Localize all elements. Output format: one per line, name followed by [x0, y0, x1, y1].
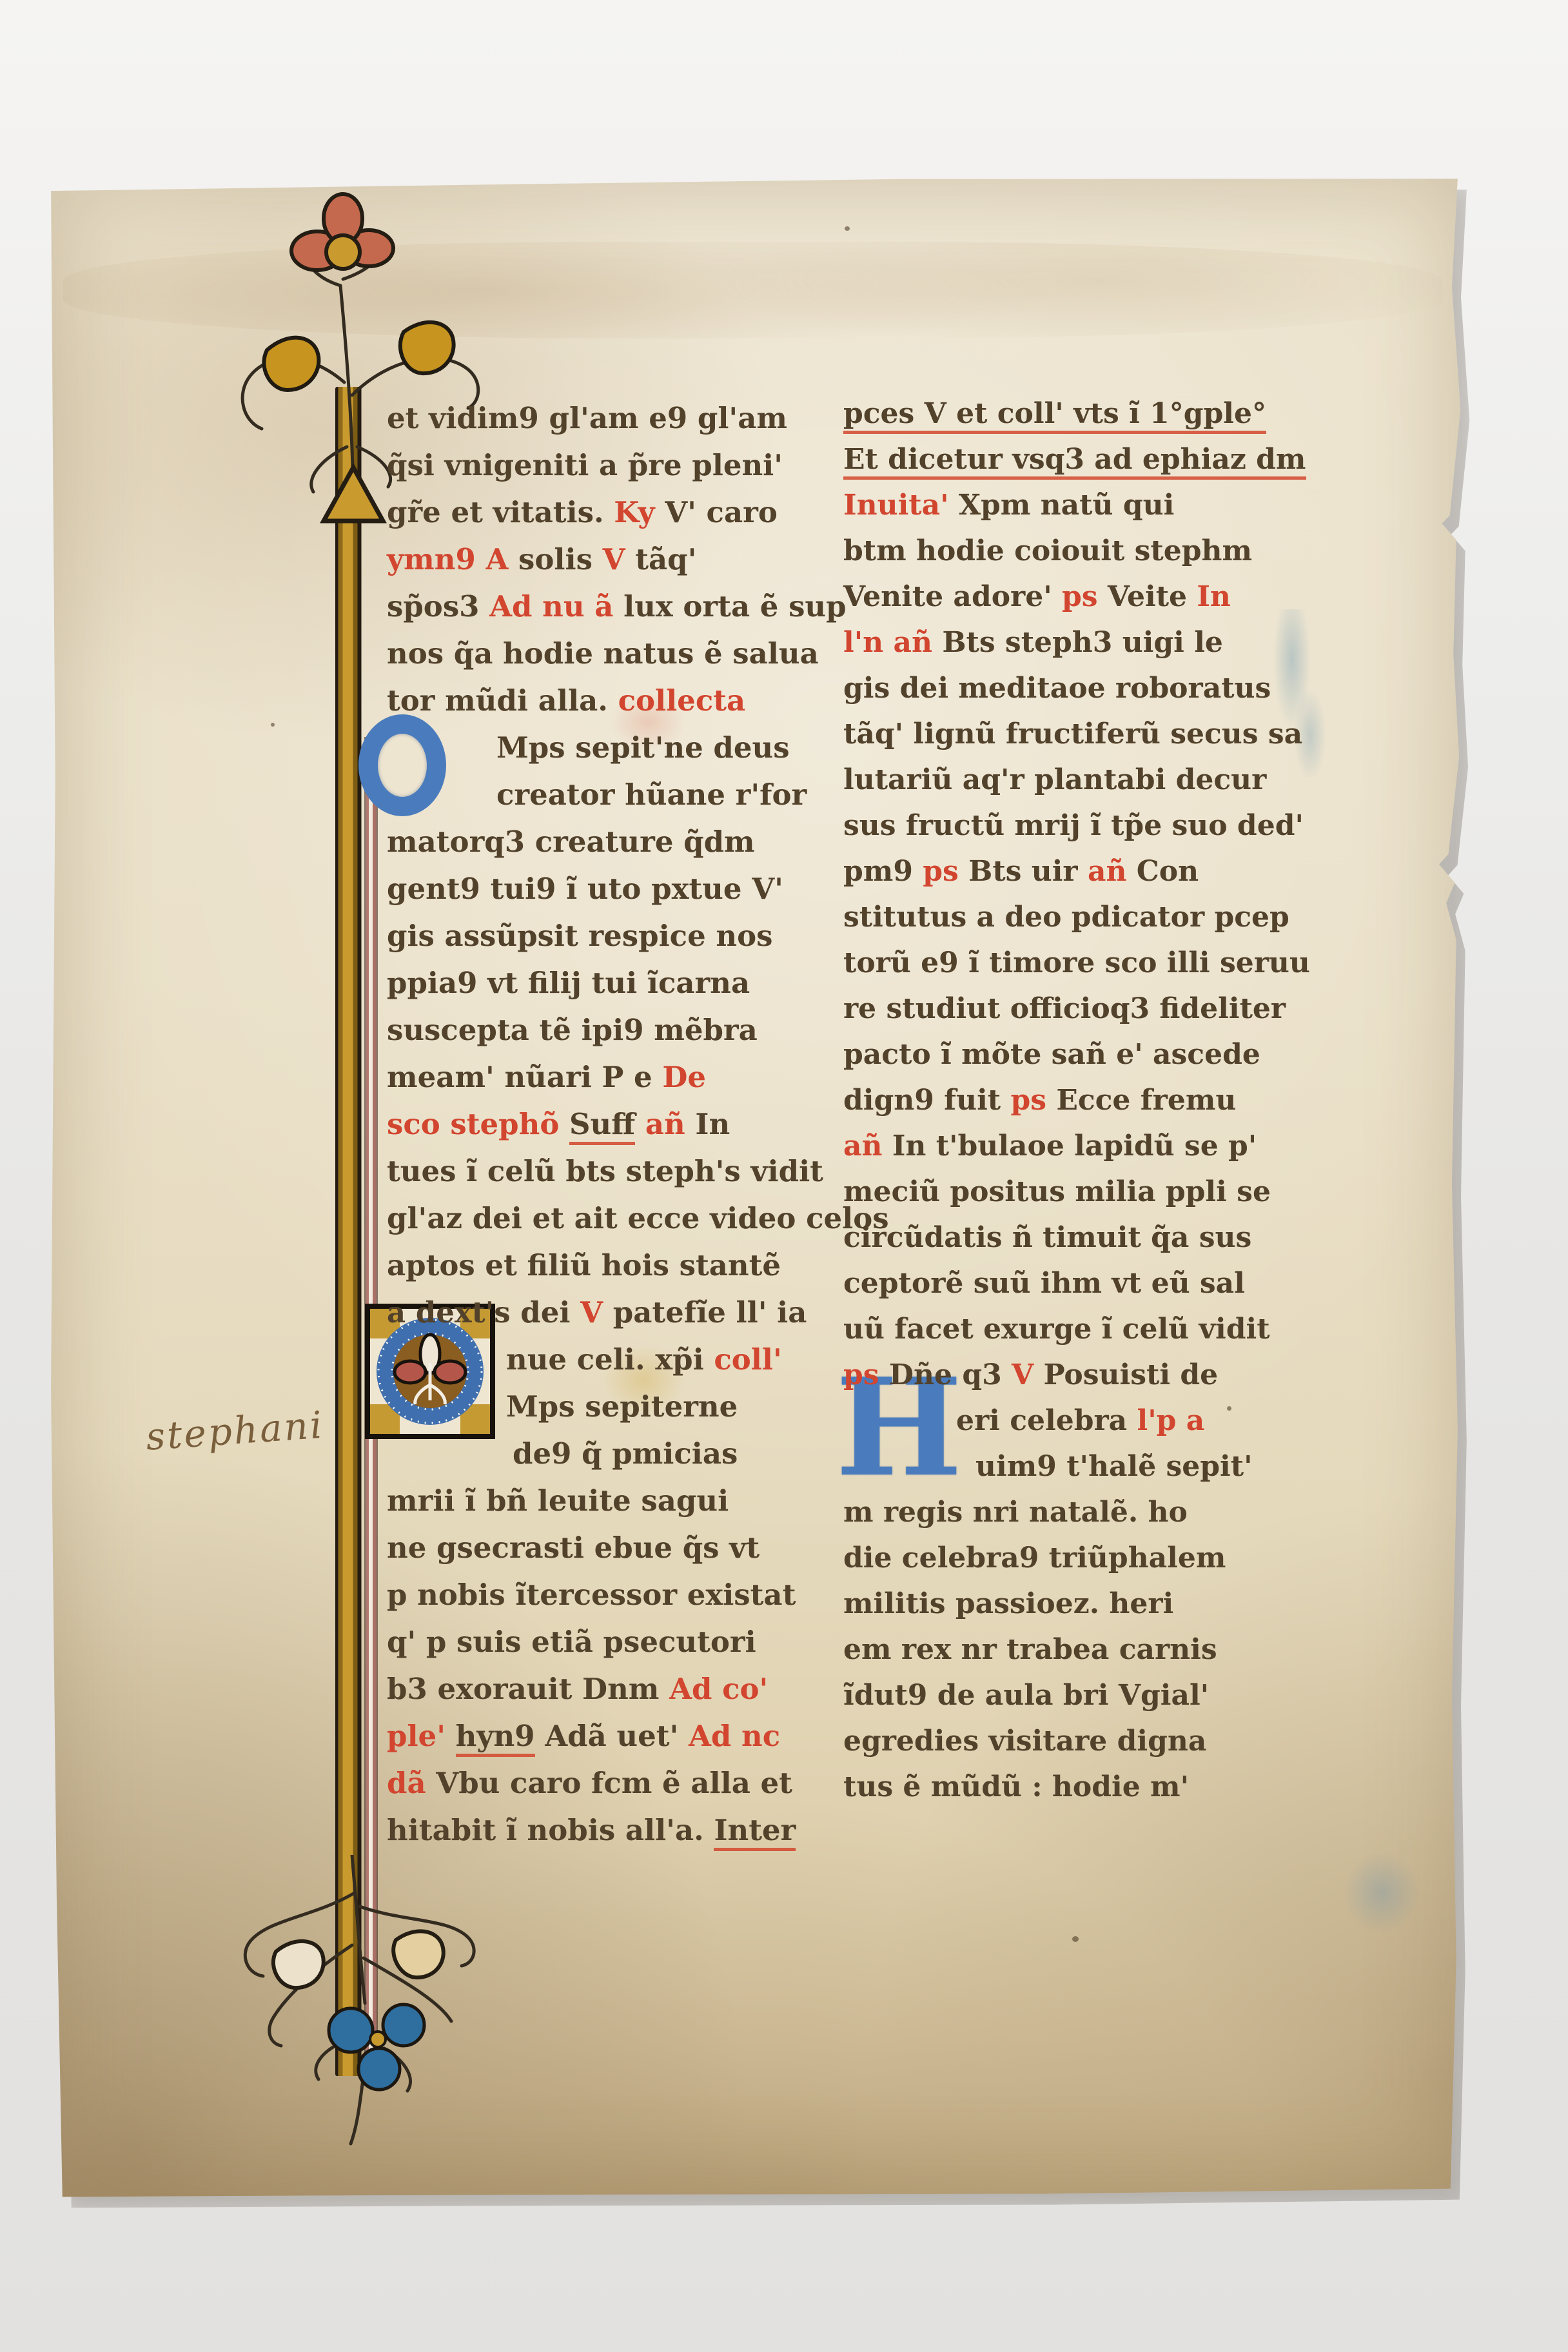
text-segment: añ — [1088, 855, 1137, 888]
text-segment: pces V et coll' vts ĩ 1°gple° — [843, 397, 1266, 434]
text-segment: p nobis ĩtercessor existat — [387, 1578, 796, 1612]
gold-leaf — [264, 338, 318, 390]
text-line: dã Vbu caro fcm ẽ alla et — [387, 1759, 838, 1807]
text-line: b3 exorauit Dnm Ad co' — [387, 1665, 838, 1712]
text-line: p nobis ĩtercessor existat — [387, 1571, 838, 1618]
text-segment: gr̃e et vitatis. — [387, 495, 614, 529]
text-segment: solis — [518, 542, 603, 576]
text-segment: eri celebra — [956, 1404, 1137, 1437]
gold-leaf — [400, 322, 454, 373]
speck — [271, 723, 275, 727]
text-segment: ppia9 vt filij tui ĩcarna — [387, 966, 750, 1000]
text-line: uũ facet exurge ĩ celũ vidit — [843, 1306, 1378, 1352]
text-line: militis passioez. heri — [843, 1581, 1378, 1627]
text-segment: sco stephõ — [387, 1107, 569, 1141]
text-segment: Ad nc — [689, 1719, 780, 1753]
text-line: nos q̃a hodie natus ẽ salua — [387, 630, 838, 677]
text-segment: In — [1197, 580, 1231, 613]
text-segment: Ky — [614, 495, 665, 529]
speck — [845, 226, 850, 231]
text-line: gl'az dei et ait ecce video celos — [387, 1195, 838, 1242]
text-segment: Adã uet' — [535, 1719, 689, 1753]
text-line: gent9 tui9 ĩ uto pxtue V' — [387, 865, 838, 912]
text-segment: meciũ positus milia ppli se — [843, 1175, 1271, 1208]
text-line: em rex nr trabea carnis — [843, 1627, 1378, 1672]
text-line: ps Dñe q3 V Posuisti de — [843, 1352, 1378, 1398]
blue-berry — [383, 2004, 424, 2046]
text-segment: nos q̃a hodie natus ẽ salua — [387, 636, 819, 671]
gold-bar-border — [335, 387, 364, 2076]
text-line: añ In t'bulaoe lapidũ se p' — [843, 1123, 1378, 1169]
text-segment: Suff — [569, 1107, 635, 1145]
text-segment: uim9 t'halẽ sepit' — [975, 1450, 1253, 1483]
text-line: ppia9 vt filij tui ĩcarna — [387, 959, 838, 1006]
text-segment: aptos et filiũ hois stantẽ — [387, 1248, 781, 1282]
text-line: Venite adore' ps Veite In — [843, 574, 1378, 620]
text-segment: tãq' lignũ fructiferũ secus sa — [843, 718, 1302, 750]
text-segment: tor mũdi alla. — [387, 683, 618, 718]
text-segment: In t'bulaoe lapidũ se p' — [892, 1130, 1257, 1162]
text-segment: Inter — [714, 1813, 796, 1851]
text-segment: gent9 tui9 ĩ uto pxtue V' — [387, 872, 783, 906]
speck — [1072, 1936, 1079, 1942]
text-segment: lux orta ẽ sup — [623, 589, 846, 623]
text-line: egredies visitare digna — [843, 1718, 1378, 1764]
text-line: pm9 ps Bts uir añ Con — [843, 848, 1378, 894]
text-segment: ps — [843, 1358, 889, 1391]
text-line: pacto ĩ mõte sañ e' ascede — [843, 1032, 1378, 1077]
text-segment: de9 q̃ pmicias — [513, 1436, 738, 1471]
text-segment: collecta — [618, 683, 746, 718]
text-line: ceptorẽ suũ ihm vt eũ sal — [843, 1260, 1378, 1306]
text-segment: Bts steph3 uigi le — [942, 626, 1223, 659]
text-line: tãq' lignũ fructiferũ secus sa — [843, 711, 1378, 757]
text-segment: Mps sepit'ne deus — [496, 730, 790, 765]
text-line: tor mũdi alla. collecta — [387, 677, 838, 724]
text-line: meciũ positus milia ppli se — [843, 1169, 1378, 1215]
pale-leaf — [393, 1931, 444, 1977]
text-segment: Ad co' — [669, 1672, 768, 1706]
text-segment: ps — [1062, 580, 1108, 613]
text-line: nue celi. xp̃i coll' — [387, 1336, 838, 1383]
pale-leaf — [273, 1941, 324, 1988]
text-segment: De — [662, 1060, 706, 1094]
text-segment: Et dicetur vsq3 ad ephiaz dm — [843, 443, 1306, 480]
text-line: eri celebra l'p a — [843, 1398, 1378, 1444]
text-segment: Dñe q3 — [889, 1358, 1012, 1391]
text-segment: Venite adore' — [843, 580, 1062, 613]
text-segment: Posuisti de — [1044, 1358, 1219, 1391]
text-segment: sus fructũ mrij ĩ tp̃e suo ded' — [843, 809, 1304, 842]
text-line: uim9 t'halẽ sepit' — [843, 1444, 1378, 1489]
bar-finial — [324, 467, 383, 521]
text-segment: uũ facet exurge ĩ celũ vidit — [843, 1313, 1270, 1346]
text-segment: ymn9 A — [387, 542, 518, 576]
text-segment: añ — [843, 1130, 892, 1162]
text-line: mrii ĩ bñ leuite sagui — [387, 1477, 838, 1524]
text-segment: re studiut officioq3 fideliter — [843, 992, 1286, 1025]
text-line: m regis nri natalẽ. ho — [843, 1489, 1378, 1535]
text-line: meam' nũari P e De — [387, 1053, 838, 1101]
text-segment: ps — [1010, 1084, 1056, 1117]
text-segment: gl'az dei et ait ecce video celos — [387, 1201, 889, 1235]
text-segment: b3 exorauit Dnm — [387, 1672, 669, 1706]
text-segment: militis passioez. heri — [843, 1587, 1173, 1620]
text-segment: l'n añ — [843, 626, 942, 659]
text-segment: hitabit ĩ nobis all'a. — [387, 1813, 714, 1847]
text-line: tues ĩ celũ bts steph's vidit — [387, 1148, 838, 1195]
text-segment: lutariũ aq'r plantabi decur — [843, 763, 1266, 796]
text-segment: V — [1012, 1358, 1043, 1391]
text-line: Et dicetur vsq3 ad ephiaz dm — [843, 436, 1378, 482]
text-line: gis assũpsit respice nos — [387, 912, 838, 959]
text-line: Mps sepit'ne deus — [387, 724, 838, 771]
manuscript-leaf: H et vidim9 gl'am e9 gl'amq̃si vnigeniti… — [44, 164, 1472, 2205]
text-segment: patefĩe ll' ia — [613, 1295, 807, 1329]
text-segment: ps — [923, 855, 968, 888]
blue-berry — [329, 2008, 373, 2052]
text-line: dign9 fuit ps Ecce fremu — [843, 1077, 1378, 1123]
text-segment: btm hodie coiouit stephm — [843, 534, 1252, 567]
text-line: gr̃e et vitatis. Ky V' caro — [387, 489, 838, 536]
text-segment: Ecce fremu — [1056, 1084, 1236, 1117]
text-line: hitabit ĩ nobis all'a. Inter — [387, 1807, 838, 1854]
text-line: sco stephõ Suff añ In — [387, 1101, 838, 1148]
text-segment: stitutus a deo pdicator pcep — [843, 901, 1289, 934]
text-segment: Inuita' — [843, 489, 959, 522]
text-segment: Con — [1137, 855, 1199, 888]
text-line: l'n añ Bts steph3 uigi le — [843, 620, 1378, 665]
photo-background: { "margin_note": { "text": "stephani" },… — [0, 0, 1568, 2352]
text-segment: tãq' — [635, 542, 696, 576]
text-line: circũdatis ñ timuit q̃a sus — [843, 1215, 1378, 1260]
text-segment: In — [695, 1107, 730, 1141]
text-line: sus fructũ mrij ĩ tp̃e suo ded' — [843, 803, 1378, 848]
text-line: ymn9 A solis V tãq' — [387, 536, 838, 583]
text-segment: gis dei meditaoe roboratus — [843, 672, 1271, 705]
text-line: lutariũ aq'r plantabi decur — [843, 757, 1378, 803]
text-line: stitutus a deo pdicator pcep — [843, 894, 1378, 940]
text-segment: matorq3 creature q̃dm — [387, 825, 755, 859]
text-segment: Vbu caro fcm ẽ alla et — [436, 1766, 792, 1800]
text-segment: sp̃os3 — [387, 589, 489, 623]
text-segment: egredies visitare digna — [843, 1725, 1206, 1758]
text-segment: ĩdut9 de aula bri Vgial' — [843, 1679, 1209, 1712]
left-text-column: et vidim9 gl'am e9 gl'amq̃si vnigeniti a… — [387, 395, 838, 1854]
text-line: re studiut officioq3 fideliter — [843, 986, 1378, 1032]
blue-berry — [358, 2048, 400, 2090]
text-segment: mrii ĩ bñ leuite sagui — [387, 1484, 729, 1518]
text-segment: em rex nr trabea carnis — [843, 1633, 1217, 1666]
text-segment: suscepta tẽ ipi9 mẽbra — [387, 1013, 758, 1047]
text-segment: V — [580, 1295, 613, 1329]
text-segment: Ad nu ã — [489, 589, 623, 623]
text-segment: ceptorẽ suũ ihm vt eũ sal — [843, 1267, 1245, 1300]
text-line: et vidim9 gl'am e9 gl'am — [387, 395, 838, 442]
text-line: aptos et filiũ hois stantẽ — [387, 1242, 838, 1289]
text-line: ne gsecrasti ebue q̃s vt — [387, 1524, 838, 1571]
text-segment: q' p suis etiã psecutori — [387, 1625, 756, 1659]
text-segment: Veite — [1108, 580, 1197, 613]
text-segment: ne gsecrasti ebue q̃s vt — [387, 1531, 759, 1565]
text-segment: V — [603, 542, 636, 576]
text-line: q' p suis etiã psecutori — [387, 1618, 838, 1665]
text-line: de9 q̃ pmicias — [387, 1430, 838, 1477]
text-line: pces V et coll' vts ĩ 1°gple° — [843, 391, 1378, 436]
text-line: q̃si vnigeniti a p̃re pleni' — [387, 442, 838, 489]
text-segment: ple' — [387, 1719, 456, 1753]
text-segment: Xpm natũ qui — [959, 489, 1174, 522]
text-line: Inuita' Xpm natũ qui — [843, 482, 1378, 528]
text-segment: tus ẽ mũdũ : hodie m' — [843, 1770, 1189, 1803]
text-line: Mps sepiterne — [387, 1383, 838, 1430]
text-segment: hyn9 — [456, 1719, 535, 1757]
text-line: ple' hyn9 Adã uet' Ad nc — [387, 1712, 838, 1759]
text-segment: Bts uir — [968, 855, 1088, 888]
text-segment: dã — [387, 1766, 436, 1800]
bottom-flourish-icon — [191, 1855, 529, 2193]
right-text-column: pces V et coll' vts ĩ 1°gple°Et dicetur … — [843, 391, 1378, 1810]
text-segment: Mps sepiterne — [506, 1389, 738, 1424]
text-segment: meam' nũari P e — [387, 1060, 662, 1094]
text-line: creator hũane r'for — [387, 771, 838, 818]
text-line: torũ e9 ĩ timore sco illi seruu — [843, 940, 1378, 986]
text-line: matorq3 creature q̃dm — [387, 818, 838, 865]
text-segment: añ — [635, 1107, 695, 1141]
berry-center-gold — [370, 2032, 386, 2047]
text-segment: gis assũpsit respice nos — [387, 919, 772, 953]
text-line: die celebra9 triũphalem — [843, 1535, 1378, 1581]
text-line: tus ẽ mũdũ : hodie m' — [843, 1764, 1378, 1810]
margin-note: stephani — [144, 1400, 366, 1459]
text-segment: creator hũane r'for — [496, 778, 807, 812]
text-segment: nue celi. xp̃i — [506, 1342, 714, 1377]
text-segment: pacto ĩ mõte sañ e' ascede — [843, 1038, 1260, 1071]
text-segment: dign9 fuit — [843, 1084, 1010, 1117]
text-segment: torũ e9 ĩ timore sco illi seruu — [843, 946, 1310, 979]
text-segment: l'p a — [1137, 1404, 1204, 1437]
text-segment: tues ĩ celũ bts steph's vidit — [387, 1154, 823, 1188]
text-segment: m regis nri natalẽ. ho — [843, 1496, 1188, 1529]
flower-center-gold — [326, 235, 360, 269]
text-segment: a dext's dei — [387, 1295, 580, 1329]
text-line: sp̃os3 Ad nu ã lux orta ẽ sup — [387, 583, 838, 630]
text-line: gis dei meditaoe roboratus — [843, 665, 1378, 711]
text-segment: q̃si vnigeniti a p̃re pleni' — [387, 448, 783, 482]
text-line: suscepta tẽ ipi9 mẽbra — [387, 1006, 838, 1053]
text-segment: et vidim9 gl'am e9 gl'am — [387, 401, 787, 435]
text-segment: circũdatis ñ timuit q̃a sus — [843, 1221, 1251, 1254]
text-segment: V' caro — [665, 495, 778, 529]
blue-bleedthrough — [1327, 1834, 1436, 1950]
text-segment: die celebra9 triũphalem — [843, 1542, 1226, 1574]
text-line: ĩdut9 de aula bri Vgial' — [843, 1672, 1378, 1718]
text-line: a dext's dei V patefĩe ll' ia — [387, 1289, 838, 1336]
text-line: btm hodie coiouit stephm — [843, 528, 1378, 574]
text-segment: pm9 — [843, 855, 923, 888]
text-segment: coll' — [714, 1342, 781, 1377]
